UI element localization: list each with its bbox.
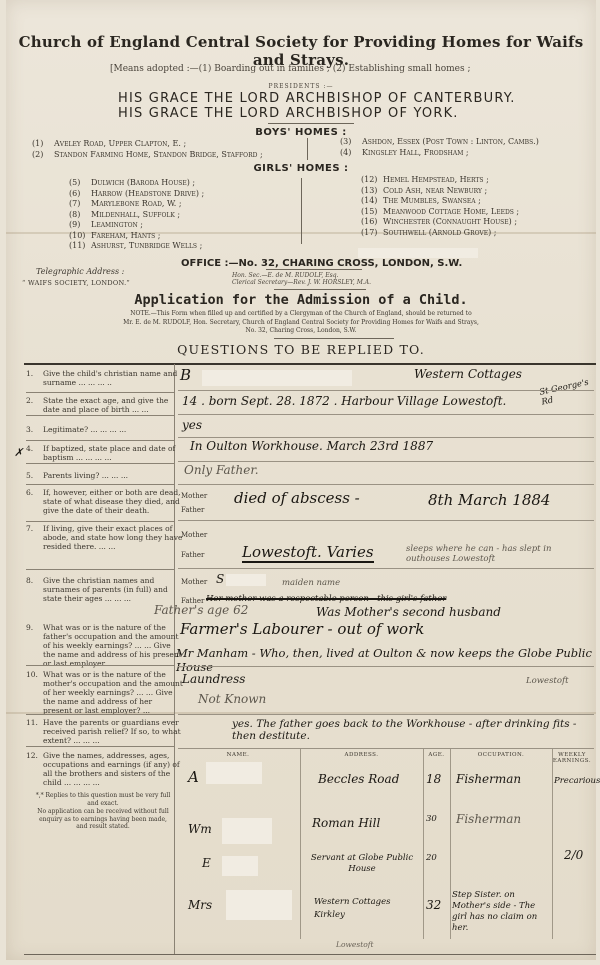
answer-7-father-note: sleeps where he can - has slept in outho… <box>406 544 582 564</box>
q7-mother-label: Mother <box>181 531 207 539</box>
question-12-footnote-2: No application can be received without f… <box>34 808 172 831</box>
q6-mother-label: Mother <box>181 492 207 500</box>
application-title: Application for the Admission of a Child… <box>6 292 596 308</box>
col-age: AGE. <box>423 752 450 758</box>
answer-4: In Oulton Workhouse. March 23rd 1887 <box>190 439 433 453</box>
boys-homes-right: (3)Ashdon, Essex (Post Town : Linton, Ca… <box>340 137 539 158</box>
answer-1-name: B <box>180 366 191 384</box>
q8-mother-label: Mother <box>181 578 207 586</box>
hon-secretary: Hon. Sec.—E. de M. RUDOLF, Esq. <box>232 272 338 279</box>
answer-9-employer: Mr Manham - Who, then, lived at Oulton &… <box>176 646 596 674</box>
answer-1-address-street: St George's Rd <box>539 376 598 407</box>
boys-homes-left: (1)Aveley Road, Upper Clapton, E. ; (2)S… <box>32 139 263 160</box>
answer-1-address: Western Cottages <box>414 367 522 381</box>
answer-2: 14 . born Sept. 28. 1872 . Harbour Villa… <box>182 394 506 408</box>
clerical-secretary: Clerical Secretary—Rev. J. W. HORSLEY, M… <box>232 279 371 286</box>
answer-8-father-age: Father's age 62 <box>154 603 248 617</box>
answer-6-mother-date: 8th March 1884 <box>428 491 550 509</box>
answer-8-father-struck: Her mother was a respectable person - th… <box>206 594 596 604</box>
means-adopted: [Means adopted :—(1) Boarding out in fam… <box>110 64 471 74</box>
presidents-label: PRESIDENTS :— <box>6 83 596 90</box>
q7-father-label: Father <box>181 551 204 559</box>
application-note: NOTE.—This Form when filled up and certi… <box>6 310 596 336</box>
answer-8-mother-note: maiden name <box>282 578 340 588</box>
girls-homes-right: (12)Hemel Hempstead, Herts ; (13)Cold As… <box>361 175 519 238</box>
q6-father-label: Father <box>181 506 204 514</box>
answer-9-occupation: Farmer's Labourer - out of work <box>180 620 424 638</box>
margin-mark: ✗ <box>14 446 23 459</box>
col-occupation: OCCUPATION. <box>450 752 552 758</box>
answer-6-mother: died of abscess - <box>234 489 360 507</box>
col-name: NAME. <box>176 752 300 758</box>
answer-8-father-note: Was Mother's second husband <box>316 605 501 619</box>
answer-5: Only Father. <box>184 463 259 477</box>
president-york: HIS GRACE THE LORD ARCHBISHOP OF YORK. <box>118 106 459 121</box>
col-weekly-earnings: WEEKLY EARNINGS. <box>552 752 592 764</box>
telegraphic-address: “ WAIFS SOCIETY, LONDON.” <box>22 279 130 287</box>
questions-heading: QUESTIONS TO BE REPLIED TO. <box>6 342 596 357</box>
answer-9-employer-town: Lowestoft <box>526 676 569 686</box>
girls-homes-left: (5)Dulwich (Baroda House) ; (6)Harrow (H… <box>69 178 204 252</box>
answer-10-occupation: Laundress <box>182 672 245 686</box>
answer-7-father: Lowestoft. Varies <box>242 543 374 563</box>
question-12-footnote: *,* Replies to this question must be ver… <box>34 792 172 807</box>
col-address: ADDRESS. <box>300 752 423 758</box>
answer-10-employer: Not Known <box>198 692 266 706</box>
answer-3: yes <box>182 418 202 432</box>
girls-homes-heading: GIRLS' HOMES : <box>6 163 596 174</box>
office-address: OFFICE :—No. 32, CHARING CROSS, LONDON, … <box>181 258 462 269</box>
president-canterbury: HIS GRACE THE LORD ARCHBISHOP OF CANTERB… <box>118 91 516 106</box>
answer-8-mother: S <box>216 572 224 586</box>
answer-11: yes. The father goes back to the Workhou… <box>232 718 592 742</box>
application-form-page: Church of England Central Society for Pr… <box>6 0 596 960</box>
telegraphic-label: Telegraphic Address : <box>36 267 124 276</box>
